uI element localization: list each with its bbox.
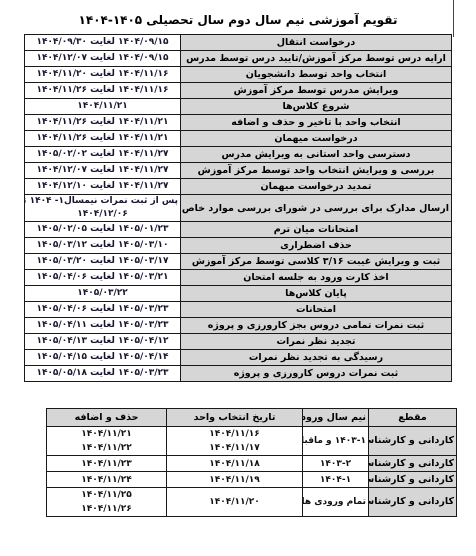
activity-cell: شروع کلاس‌ها	[181, 99, 452, 115]
activity-cell: درخواست میهمان	[181, 131, 452, 147]
date-range-cell: ۱۴۰۴/۱۱/۲۱ لغایت ۱۴۰۴/۱۱/۲۶	[25, 115, 181, 131]
add-drop-date-cell: ۱۴۰۴/۱۱/۲۳	[47, 456, 167, 472]
activity-cell-line: پایان کلاس‌ها	[183, 287, 449, 300]
activity-cell: حذف اضطراری	[181, 238, 452, 254]
activity-cell: ارسال مدارک برای بررسی در شورای بررسی مو…	[181, 195, 452, 222]
date-range-cell-line: ۱۴۰۵/۰۳/۱۰ لغایت ۱۴۰۵/۰۳/۱۲	[27, 239, 178, 252]
degree-cell: کاردانی و کارشناسی	[369, 488, 457, 517]
date-range-cell: ۱۴۰۵/۰۴/۱۲ لغایت ۱۴۰۵/۰۴/۱۳	[25, 334, 181, 350]
calendar-row: امتحانات میان ترم۱۴۰۵/۰۱/۲۳ لغایت ۱۴۰۵/۰…	[25, 222, 452, 238]
date-range-cell-line: ۱۴۰۵/۰۴/۱۲ لغایت ۱۴۰۵/۰۴/۱۳	[27, 335, 178, 348]
activity-cell-line: امتحانات میان ترم	[183, 223, 449, 236]
calendar-row: ویرایش مدرس توسط مرکز آموزش۱۴۰۴/۱۱/۱۶ لغ…	[25, 83, 452, 99]
date-range-cell: ۱۴۰۴/۱۱/۱۶ لغایت ۱۴۰۴/۱۱/۲۶	[25, 83, 181, 99]
calendar-row: بررسی و ویرایش انتخاب واحد توسط مرکز آمو…	[25, 163, 452, 179]
date-range-cell-line: ۱۴۰۵/۰۳/۲۲	[27, 287, 178, 300]
calendar-row: تمدید درخواست میهمان۱۴۰۴/۱۱/۲۷ لغایت ۱۴۰…	[25, 179, 452, 195]
activity-cell-line: بررسی و ویرایش انتخاب واحد توسط مرکز آمو…	[183, 164, 449, 177]
calendar-row: انتخاب واحد با تاخیر و حذف و اضافه۱۴۰۴/۱…	[25, 115, 452, 131]
date-range-cell-line: ۱۴۰۵/۰۳/۲۳ لغایت ۱۴۰۵/۰۵/۱۸	[27, 367, 178, 380]
activity-cell-line: ثبت و ویرایش غیبت ۳/۱۶ کلاسی توسط مرکز آ…	[183, 255, 449, 268]
header-entry-semester: نیم سال ورود	[303, 409, 369, 427]
date-range-cell: ۱۴۰۵/۰۳/۱۷ لغایت ۱۴۰۵/۰۳/۲۰	[25, 254, 181, 270]
date-range-cell-line: ۱۴۰۴/۰۹/۱۵ لغایت ۱۴۰۴/۰۹/۳۰	[27, 36, 178, 49]
date-range-cell: ۱۴۰۴/۱۱/۱۶ لغایت ۱۴۰۴/۱۱/۲۰	[25, 67, 181, 83]
date-range-cell-line: ۱۴۰۴/۱۲/۰۶	[27, 208, 178, 221]
activity-cell: امتحانات	[181, 302, 452, 318]
calendar-row: شروع کلاس‌ها۱۴۰۴/۱۱/۲۱	[25, 99, 452, 115]
activity-cell-line: ویرایش مدرس توسط مرکز آموزش	[183, 84, 449, 97]
calendar-row: ثبت و ویرایش غیبت ۳/۱۶ کلاسی توسط مرکز آ…	[25, 254, 452, 270]
activity-cell-line: ثبت نمرات دروس کارورزی و پروژه	[183, 367, 449, 380]
selection-date-cell-line: ۱۴۰۴/۱۱/۱۶	[169, 427, 300, 441]
activity-cell: امتحانات میان ترم	[181, 222, 452, 238]
degree-cell-line: کاردانی و کارشناسی	[371, 457, 454, 471]
date-range-cell: ۱۴۰۵/۰۳/۲۳ لغایت ۱۴۰۵/۰۴/۰۶	[25, 302, 181, 318]
degree-cell-line: کاردانی و کارشناسی	[371, 434, 454, 448]
entry-semester-cell: تمام ورودی ها	[303, 488, 369, 517]
date-range-cell: ۱۴۰۵/۰۱/۲۳ لغایت ۱۴۰۵/۰۲/۰۵	[25, 222, 181, 238]
date-range-cell-line: ۱۴۰۵/۰۱/۲۳ لغایت ۱۴۰۵/۰۲/۰۵	[27, 223, 178, 236]
date-range-cell: ۱۴۰۵/۰۳/۲۲	[25, 286, 181, 302]
calendar-row: اخذ کارت ورود به جلسه امتحان۱۴۰۵/۰۳/۲۱ ل…	[25, 270, 452, 286]
calendar-row: حذف اضطراری۱۴۰۵/۰۳/۱۰ لغایت ۱۴۰۵/۰۳/۱۲	[25, 238, 452, 254]
date-range-cell-line: ۱۴۰۴/۱۱/۱۶ لغایت ۱۴۰۴/۱۱/۲۶	[27, 84, 178, 97]
activity-cell: پایان کلاس‌ها	[181, 286, 452, 302]
date-range-cell-line: ۱۴۰۴/۱۱/۲۱ لغایت ۱۴۰۴/۱۱/۲۶	[27, 116, 178, 129]
degree-cell: کاردانی و کارشناسی	[369, 427, 457, 456]
date-range-cell-line: ۱۴۰۴/۱۱/۲۷ لغایت ۱۴۰۴/۱۲/۱۰	[27, 180, 178, 193]
activity-cell: اخذ کارت ورود به جلسه امتحان	[181, 270, 452, 286]
header-row: مقطع نیم سال ورود تاریخ انتخاب واحد حذف …	[47, 409, 457, 427]
activity-cell: ثبت نمرات تمامی دروس بجز کارورزی و پروژه	[181, 318, 452, 334]
activity-cell: انتخاب واحد توسط دانشجویان	[181, 67, 452, 83]
date-range-cell: ۱۴۰۵/۰۴/۱۴ لغایت ۱۴۰۵/۰۴/۱۵	[25, 350, 181, 366]
activity-cell-line: درخواست انتقال	[183, 36, 449, 49]
selection-date-cell: ۱۴۰۴/۱۱/۱۶۱۴۰۴/۱۱/۱۷	[167, 427, 303, 456]
activity-cell-line: امتحانات	[183, 303, 449, 316]
entry-semester-cell: ۱۴۰۴-۱	[303, 472, 369, 488]
calendar-row: ثبت نمرات دروس کارورزی و پروژه۱۴۰۵/۰۳/۲۳…	[25, 366, 452, 382]
add-drop-date-cell-line: ۱۴۰۴/۱۱/۲۴	[49, 473, 164, 487]
date-range-cell: ۱۴۰۴/۱۱/۲۷ لغایت ۱۴۰۵/۰۲/۰۲	[25, 147, 181, 163]
activity-cell-line: حذف اضطراری	[183, 239, 449, 252]
selection-row: کاردانی و کارشناسی۱۴۰۴-۱۱۴۰۴/۱۱/۱۹۱۴۰۴/۱…	[47, 472, 457, 488]
selection-date-cell-line: ۱۴۰۴/۱۱/۱۷	[169, 441, 300, 455]
entry-semester-cell-line: تمام ورودی ها	[305, 495, 366, 509]
selection-date-cell: ۱۴۰۴/۱۱/۲۰	[167, 488, 303, 517]
entry-semester-cell: ۱۴۰۳-۲	[303, 456, 369, 472]
activity-cell: ثبت و ویرایش غیبت ۳/۱۶ کلاسی توسط مرکز آ…	[181, 254, 452, 270]
date-range-cell: ۱۴۰۵/۰۳/۲۳ لغایت ۱۴۰۵/۰۴/۱۱	[25, 318, 181, 334]
degree-cell-line: کاردانی و کارشناسی	[371, 473, 454, 487]
date-range-cell-line: ۱۴۰۴/۱۱/۱۶ لغایت ۱۴۰۴/۱۱/۲۰	[27, 68, 178, 81]
activity-cell-line: ارسال مدارک برای بررسی در شورای بررسی مو…	[183, 202, 449, 215]
activity-cell-line: شروع کلاس‌ها	[183, 100, 449, 113]
course-selection-schedule-table: مقطع نیم سال ورود تاریخ انتخاب واحد حذف …	[46, 408, 457, 517]
date-range-cell: ۱۴۰۴/۰۹/۱۵ لغایت ۱۴۰۴/۰۹/۳۰	[25, 35, 181, 51]
activity-cell-line: انتخاب واحد توسط دانشجویان	[183, 68, 449, 81]
entry-semester-cell-line: ۱۴۰۳-۲	[305, 457, 366, 471]
activity-cell: تمدید درخواست میهمان	[181, 179, 452, 195]
selection-row: کاردانی و کارشناسی۱۴۰۳-۲۱۴۰۴/۱۱/۱۸۱۴۰۴/۱…	[47, 456, 457, 472]
add-drop-date-cell: ۱۴۰۴/۱۱/۲۱۱۴۰۴/۱۱/۲۲	[47, 427, 167, 456]
activity-cell: ارایه درس توسط مرکز آموزش/تایید درس توسط…	[181, 51, 452, 67]
selection-date-cell: ۱۴۰۴/۱۱/۱۹	[167, 472, 303, 488]
document-page: تقویم آموزشی نیم سال دوم سال تحصیلی ۱۴۰۵…	[0, 0, 476, 556]
activity-cell: تجدید نظر نمرات	[181, 334, 452, 350]
add-drop-date-cell-line: ۱۴۰۴/۱۱/۲۳	[49, 457, 164, 471]
date-range-cell-line: ۱۴۰۵/۰۳/۲۱ لغایت ۱۴۰۵/۰۴/۰۶	[27, 271, 178, 284]
calendar-row: پایان کلاس‌ها۱۴۰۵/۰۳/۲۲	[25, 286, 452, 302]
date-range-cell-line: ۱۴۰۴/۱۱/۲۷ لغایت ۱۴۰۵/۰۲/۰۲	[27, 148, 178, 161]
degree-cell: کاردانی و کارشناسی	[369, 472, 457, 488]
activity-cell-line: اخذ کارت ورود به جلسه امتحان	[183, 271, 449, 284]
calendar-row: ارایه درس توسط مرکز آموزش/تایید درس توسط…	[25, 51, 452, 67]
activity-cell: رسیدگی به تجدید نظر نمرات	[181, 350, 452, 366]
date-range-cell: ۱۴۰۴/۱۱/۲۱	[25, 99, 181, 115]
date-range-cell-line: پس از ثبت نمرات نیمسال۱- ۱۴۰۴ تا	[27, 195, 178, 208]
selection-date-cell-line: ۱۴۰۴/۱۱/۱۹	[169, 473, 300, 487]
date-range-cell-line: ۱۴۰۵/۰۳/۱۷ لغایت ۱۴۰۵/۰۳/۲۰	[27, 255, 178, 268]
add-drop-date-cell-line: ۱۴۰۴/۱۱/۲۶	[49, 502, 164, 516]
activity-cell-line: انتخاب واحد با تاخیر و حذف و اضافه	[183, 116, 449, 129]
header-selection-date: تاریخ انتخاب واحد	[167, 409, 303, 427]
selection-date-cell-line: ۱۴۰۴/۱۱/۱۸	[169, 457, 300, 471]
selection-row: کاردانی و کارشناسیتمام ورودی ها۱۴۰۴/۱۱/۲…	[47, 488, 457, 517]
date-range-cell: ۱۴۰۵/۰۳/۲۳ لغایت ۱۴۰۵/۰۵/۱۸	[25, 366, 181, 382]
date-range-cell-line: ۱۴۰۴/۱۱/۲۷ لغایت ۱۴۰۴/۱۲/۰۷	[27, 164, 178, 177]
entry-semester-cell-line: ۱۴۰۴-۱	[305, 473, 366, 487]
page-edge-rule	[453, 0, 454, 37]
activity-cell-line: رسیدگی به تجدید نظر نمرات	[183, 351, 449, 364]
calendar-row: درخواست میهمان۱۴۰۴/۱۱/۲۱ لغایت ۱۴۰۴/۱۱/۲…	[25, 131, 452, 147]
date-range-cell: ۱۴۰۴/۱۱/۲۱ لغایت ۱۴۰۴/۱۱/۲۶	[25, 131, 181, 147]
activity-cell: درخواست انتقال	[181, 35, 452, 51]
course-selection-table-head: مقطع نیم سال ورود تاریخ انتخاب واحد حذف …	[47, 409, 457, 427]
add-drop-date-cell: ۱۴۰۴/۱۱/۲۵۱۴۰۴/۱۱/۲۶	[47, 488, 167, 517]
activity-cell: دسترسی واحد استانی به ویرایش مدرس	[181, 147, 452, 163]
add-drop-date-cell: ۱۴۰۴/۱۱/۲۴	[47, 472, 167, 488]
selection-date-cell: ۱۴۰۴/۱۱/۱۸	[167, 456, 303, 472]
degree-cell-line: کاردانی و کارشناسی	[371, 495, 454, 509]
activity-cell-line: تجدید نظر نمرات	[183, 335, 449, 348]
activity-cell-line: تمدید درخواست میهمان	[183, 180, 449, 193]
date-range-cell: ۱۴۰۴/۱۱/۲۷ لغایت ۱۴۰۴/۱۲/۰۷	[25, 163, 181, 179]
date-range-cell-line: ۱۴۰۵/۰۳/۲۳ لغایت ۱۴۰۵/۰۴/۰۶	[27, 303, 178, 316]
calendar-row: ثبت نمرات تمامی دروس بجز کارورزی و پروژه…	[25, 318, 452, 334]
add-drop-date-cell-line: ۱۴۰۴/۱۱/۲۵	[49, 488, 164, 502]
calendar-row: تجدید نظر نمرات۱۴۰۵/۰۴/۱۲ لغایت ۱۴۰۵/۰۴/…	[25, 334, 452, 350]
calendar-row: امتحانات۱۴۰۵/۰۳/۲۳ لغایت ۱۴۰۵/۰۴/۰۶	[25, 302, 452, 318]
entry-semester-cell-line: ۱۴۰۳-۱ و ماقبل	[305, 434, 366, 448]
calendar-row: دسترسی واحد استانی به ویرایش مدرس۱۴۰۴/۱۱…	[25, 147, 452, 163]
date-range-cell: پس از ثبت نمرات نیمسال۱- ۱۴۰۴ تا۱۴۰۴/۱۲/…	[25, 195, 181, 222]
course-selection-table-body: کاردانی و کارشناسی۱۴۰۳-۱ و ماقبل۱۴۰۴/۱۱/…	[47, 427, 457, 517]
add-drop-date-cell-line: ۱۴۰۴/۱۱/۲۱	[49, 427, 164, 441]
entry-semester-cell: ۱۴۰۳-۱ و ماقبل	[303, 427, 369, 456]
date-range-cell-line: ۱۴۰۵/۰۴/۱۴ لغایت ۱۴۰۵/۰۴/۱۵	[27, 351, 178, 364]
date-range-cell-line: ۱۴۰۴/۱۱/۲۱	[27, 100, 178, 113]
activity-cell-line: ارایه درس توسط مرکز آموزش/تایید درس توسط…	[183, 52, 449, 65]
activity-cell: ثبت نمرات دروس کارورزی و پروژه	[181, 366, 452, 382]
header-degree: مقطع	[369, 409, 457, 427]
calendar-row: ارسال مدارک برای بررسی در شورای بررسی مو…	[25, 195, 452, 222]
calendar-row: انتخاب واحد توسط دانشجویان۱۴۰۴/۱۱/۱۶ لغا…	[25, 67, 452, 83]
date-range-cell: ۱۴۰۴/۱۱/۲۷ لغایت ۱۴۰۴/۱۲/۱۰	[25, 179, 181, 195]
activity-cell-line: درخواست میهمان	[183, 132, 449, 145]
activity-cell: بررسی و ویرایش انتخاب واحد توسط مرکز آمو…	[181, 163, 452, 179]
academic-calendar-table: درخواست انتقال۱۴۰۴/۰۹/۱۵ لغایت ۱۴۰۴/۰۹/۳…	[24, 34, 452, 382]
activity-cell: ویرایش مدرس توسط مرکز آموزش	[181, 83, 452, 99]
activity-cell-line: ثبت نمرات تمامی دروس بجز کارورزی و پروژه	[183, 319, 449, 332]
calendar-row: رسیدگی به تجدید نظر نمرات۱۴۰۵/۰۴/۱۴ لغای…	[25, 350, 452, 366]
degree-cell: کاردانی و کارشناسی	[369, 456, 457, 472]
selection-row: کاردانی و کارشناسی۱۴۰۳-۱ و ماقبل۱۴۰۴/۱۱/…	[47, 427, 457, 456]
academic-calendar-table-body: درخواست انتقال۱۴۰۴/۰۹/۱۵ لغایت ۱۴۰۴/۰۹/۳…	[25, 35, 452, 382]
date-range-cell-line: ۱۴۰۴/۰۹/۱۵ لغایت ۱۴۰۴/۱۲/۰۷	[27, 52, 178, 65]
date-range-cell: ۱۴۰۵/۰۳/۱۰ لغایت ۱۴۰۵/۰۳/۱۲	[25, 238, 181, 254]
date-range-cell-line: ۱۴۰۴/۱۱/۲۱ لغایت ۱۴۰۴/۱۱/۲۶	[27, 132, 178, 145]
activity-cell: انتخاب واحد با تاخیر و حذف و اضافه	[181, 115, 452, 131]
date-range-cell: ۱۴۰۴/۰۹/۱۵ لغایت ۱۴۰۴/۱۲/۰۷	[25, 51, 181, 67]
calendar-row: درخواست انتقال۱۴۰۴/۰۹/۱۵ لغایت ۱۴۰۴/۰۹/۳…	[25, 35, 452, 51]
activity-cell-line: دسترسی واحد استانی به ویرایش مدرس	[183, 148, 449, 161]
date-range-cell: ۱۴۰۵/۰۳/۲۱ لغایت ۱۴۰۵/۰۴/۰۶	[25, 270, 181, 286]
date-range-cell-line: ۱۴۰۵/۰۳/۲۳ لغایت ۱۴۰۵/۰۴/۱۱	[27, 319, 178, 332]
add-drop-date-cell-line: ۱۴۰۴/۱۱/۲۲	[49, 441, 164, 455]
calendar-title: تقویم آموزشی نیم سال دوم سال تحصیلی ۱۴۰۵…	[26, 0, 450, 27]
selection-date-cell-line: ۱۴۰۴/۱۱/۲۰	[169, 495, 300, 509]
header-add-drop: حذف و اضافه	[47, 409, 167, 427]
